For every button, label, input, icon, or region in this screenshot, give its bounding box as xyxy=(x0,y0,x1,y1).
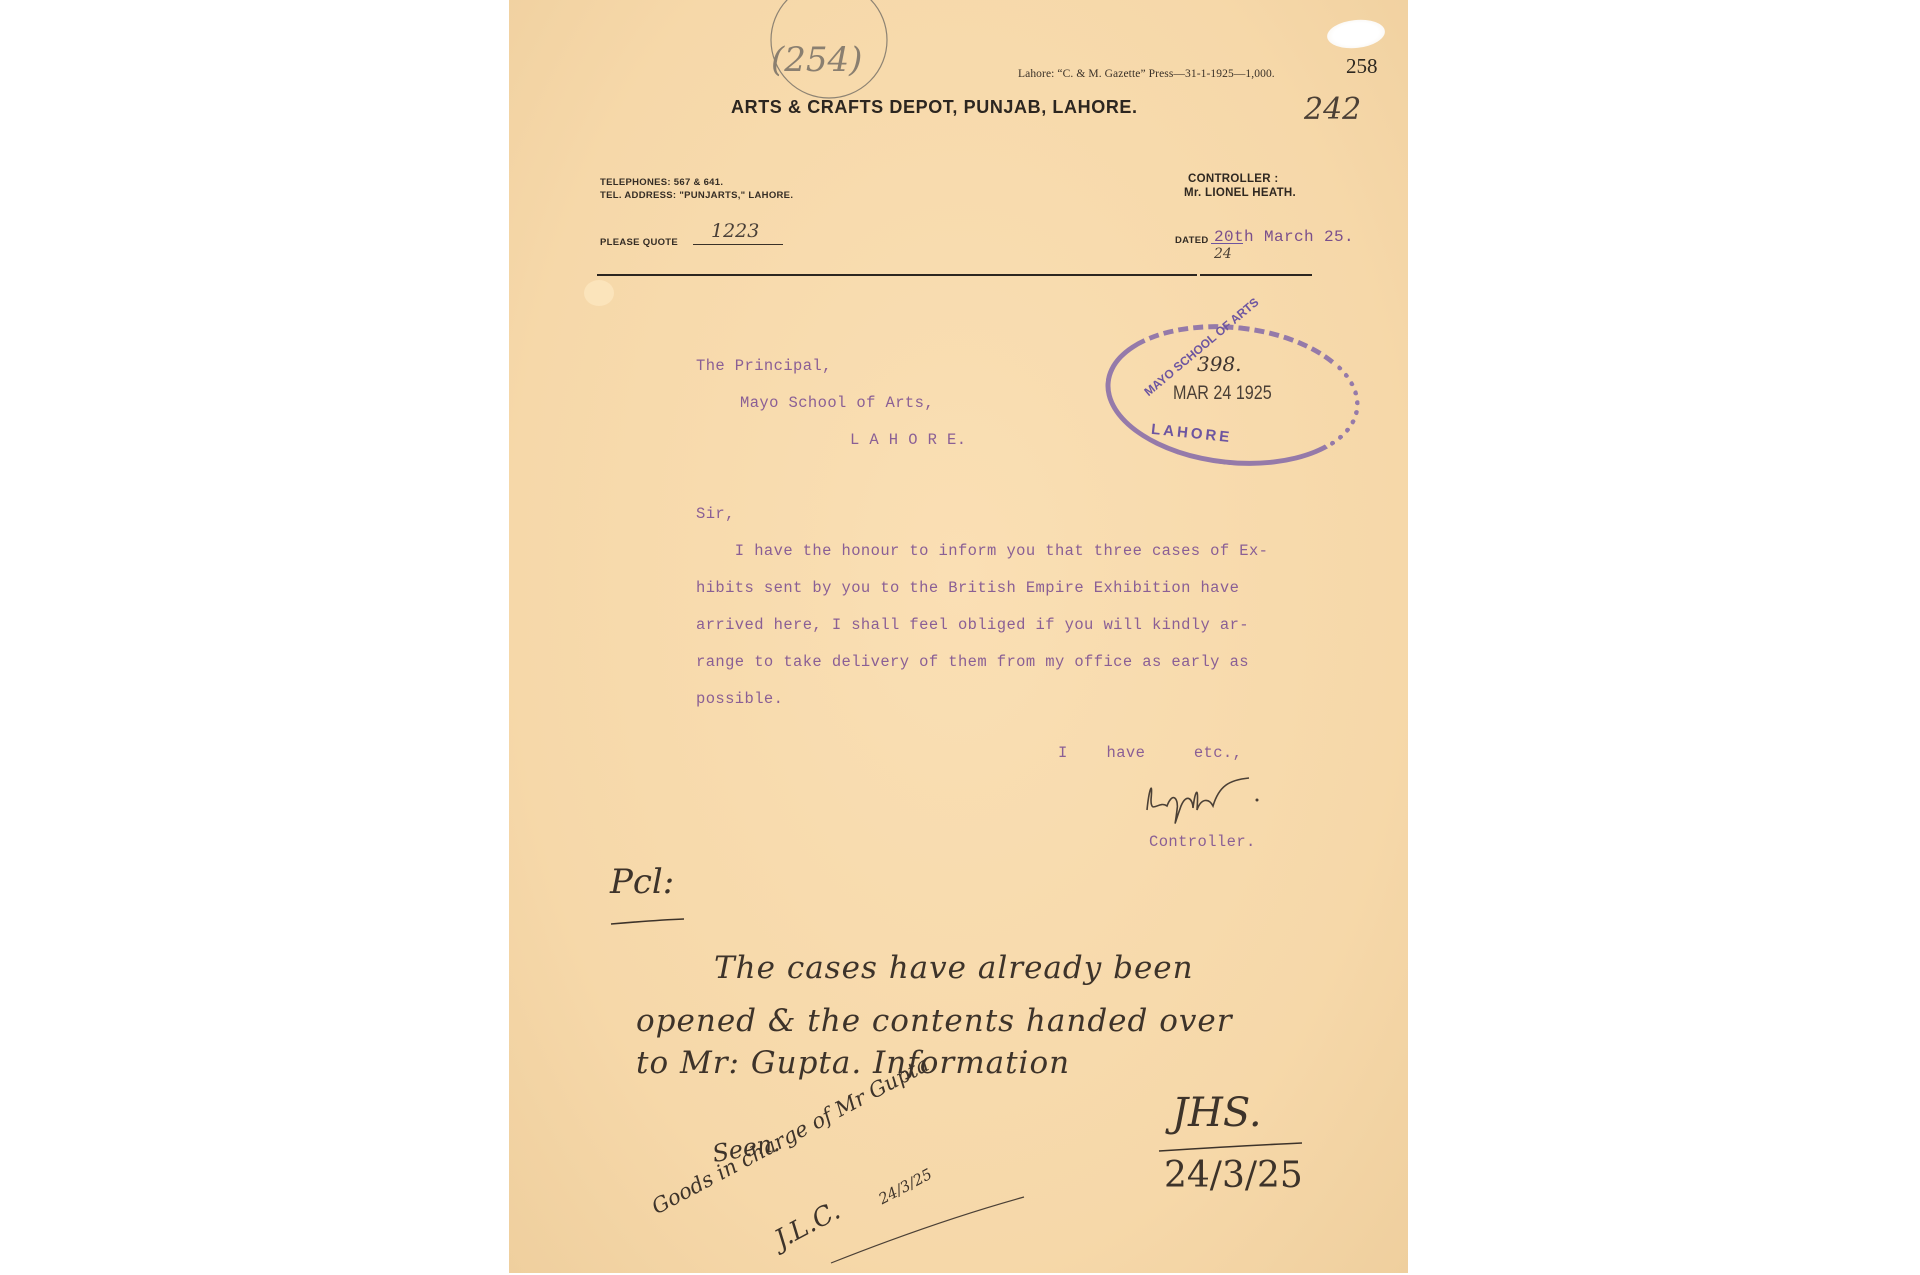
letter-salutation: Sir, xyxy=(696,505,735,523)
note-heading: Pcl: xyxy=(610,862,674,902)
note-line-1: The cases have already been xyxy=(714,950,1194,986)
hole-punch-mark xyxy=(1326,17,1387,51)
letterhead-rule-segment-2 xyxy=(1012,274,1197,276)
note-initials: JHS. xyxy=(1172,1090,1262,1136)
please-quote-number: 1223 xyxy=(711,220,759,242)
dated-correction: 24 xyxy=(1214,246,1232,262)
please-quote-underline xyxy=(693,244,783,245)
note-heading-underline xyxy=(609,918,689,928)
printer-imprint: Lahore: “C. & M. Gazette” Press—31-1-192… xyxy=(1018,68,1275,80)
addressee-line-2: Mayo School of Arts, xyxy=(740,394,934,412)
paper-stain xyxy=(584,280,614,306)
body-line-2: hibits sent by you to the British Empire… xyxy=(696,579,1239,597)
folio-number-stamped: 258 xyxy=(1346,54,1378,79)
addressee-line-1: The Principal, xyxy=(696,357,832,375)
stamp-date: MAR 24 1925 xyxy=(1173,383,1272,405)
note-line-2: opened & the contents handed over xyxy=(636,1003,1233,1039)
body-line-3: arrived here, I shall feel obliged if yo… xyxy=(696,616,1249,634)
letterhead-title: ARTS & CRAFTS DEPOT, PUNJAB, LAHORE. xyxy=(731,97,1138,118)
controller-signature-scribble xyxy=(1139,770,1269,840)
minute-flourish-line xyxy=(829,1195,1029,1265)
dated-label: Dated xyxy=(1175,235,1209,246)
dated-value: 20th March 25. xyxy=(1214,228,1354,246)
body-line-1: I have the honour to inform you that thr… xyxy=(696,542,1268,560)
signatory-title: Controller. xyxy=(1149,833,1256,851)
body-line-5: possible. xyxy=(696,690,783,708)
body-line-4: range to take delivery of them from my o… xyxy=(696,653,1249,671)
note-initials-underline xyxy=(1157,1143,1307,1155)
addressee-line-3: L A H O R E. xyxy=(850,431,966,449)
letterhead-telephones: Telephones: 567 & 641. xyxy=(600,177,723,188)
letterhead-controller-name: Mr. LIONEL HEATH. xyxy=(1184,187,1296,199)
folio-number-ink: 242 xyxy=(1304,92,1361,127)
letterhead-controller-label: CONTROLLER : xyxy=(1188,173,1278,185)
stamp-number: 398. xyxy=(1197,352,1242,376)
pencil-folio-number: (254) xyxy=(771,40,862,80)
letterhead-rule-segment-3 xyxy=(1200,274,1312,276)
note-date: 24/3/25 xyxy=(1164,1155,1303,1196)
letterhead-tel-address: Tel. Address: "PUNJARTS," Lahore. xyxy=(600,190,793,201)
letter-closing: I have etc., xyxy=(1058,744,1242,762)
please-quote-label: Please quote xyxy=(600,237,678,248)
letter-paper: (254) Lahore: “C. & M. Gazette” Press—31… xyxy=(509,0,1408,1273)
note-line-3: to Mr: Gupta. Information xyxy=(636,1045,1070,1081)
